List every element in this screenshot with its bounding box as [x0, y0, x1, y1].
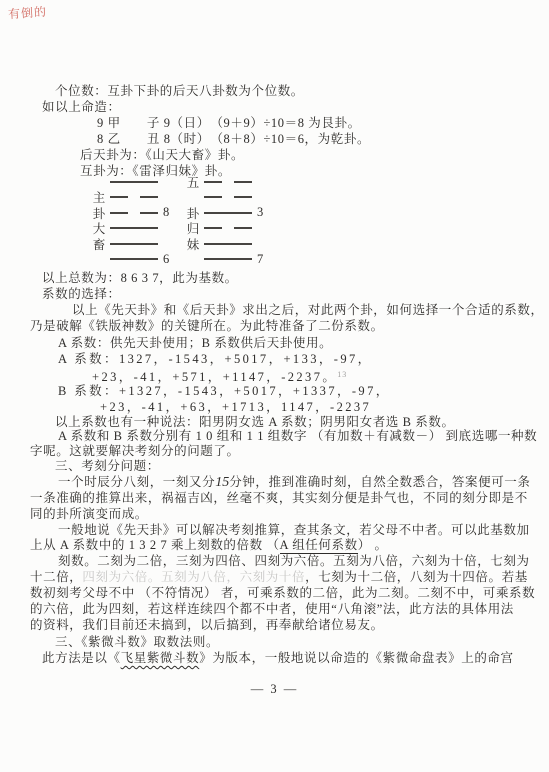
- text-line: 同的卦所演变而成。: [30, 507, 148, 521]
- section-heading: 三、《紫微斗数》取数法则。: [55, 635, 219, 649]
- hexagram-row: 主: [92, 190, 177, 206]
- text-line: 乃是破解《铁版神数》的关键所在。为此特准备了二份系数。: [30, 319, 384, 333]
- text-line: A 系数：供先天卦使用；B 系数供后天卦使用。: [58, 336, 332, 350]
- text-segment: ） 。: [358, 538, 388, 552]
- hexagram-row-number: 3: [257, 205, 271, 220]
- text-segment: 一个时辰分八刻，一刻又分: [58, 475, 215, 489]
- scanned-book-page: 有倒的 个位数：互卦下卦的后天八卦数为个位数。 如以上命造： 9 甲 子 9（日…: [0, 0, 549, 772]
- hexagram-row: 归: [186, 221, 271, 237]
- text-line: 一条准确的推算出来，祸福吉凶，丝毫不爽，其实刻分便是卦气也，不同的刻分即是不: [30, 491, 528, 505]
- hexagram-row-label: 畜: [92, 235, 106, 253]
- coefficient-a-line: A 系数：1327，-1543，+5017，+133，-97，: [58, 352, 373, 366]
- yin-line: [204, 181, 252, 183]
- text-segment: 上从 A 系数中的 1 3 2 7 乘上刻数的倍数 （: [30, 538, 280, 552]
- hexagram-row: 卦3: [186, 205, 271, 221]
- hexagram-row-number: 7: [257, 252, 271, 267]
- hexagram-row-number: 6: [163, 252, 177, 267]
- hexagram-row-label: 五: [186, 173, 200, 191]
- section-heading: 系数的选择：: [42, 287, 121, 301]
- yang-line: [110, 227, 158, 229]
- yang-line: [110, 181, 158, 183]
- hexagram-row: 大: [92, 221, 177, 237]
- yang-line: [110, 243, 158, 245]
- hexagram-row: [92, 174, 177, 190]
- hexagram-hu-guimei: 五卦3归妹7: [186, 174, 271, 267]
- hexagram-row: 五: [186, 174, 271, 190]
- text-line: 刻数。二刻为二倍，三刻为四倍、四刻为六倍。五刻为八倍，六刻为十倍，七刻为: [58, 554, 530, 568]
- section-heading: 三、考刻分问题：: [55, 459, 160, 473]
- text-line: 十二倍，四刻为六倍。五刻为八倍，六刻为十倍，七刻为十二倍，八刻为十四倍。若基: [30, 570, 528, 584]
- hexagram-row: 6: [92, 252, 177, 268]
- text-segment: 十二倍，: [30, 570, 82, 584]
- hexagram-row: 卦8: [92, 205, 177, 221]
- page-number: — 3 —: [0, 682, 549, 697]
- faded-print-segment: 四刻为六倍。五刻为八倍，六刻为十倍: [82, 570, 305, 584]
- yang-line: [204, 212, 252, 214]
- text-line: 一般地说《先天卦》可以解决考刻推算，查其条文，若父母不中者。可以此基数加: [58, 523, 530, 537]
- text-line: 以上《先天卦》和《后天卦》求出之后，对此两个卦，如何选择一个合适的系数，: [72, 303, 544, 317]
- hexagram-row-number: 8: [163, 205, 177, 220]
- wavy-underlined-phrase: 飞星紫微斗数: [121, 651, 200, 665]
- text-line: 一个时辰分八刻，一刻又分15分钟，推到准确时刻，自然全数悉合，答案便可一条: [58, 475, 531, 490]
- yin-line: [110, 196, 158, 198]
- hexagram-main-dachu: 主卦8大畜6: [92, 174, 177, 267]
- text-line: 的六倍，此为四刻，若这样连续四个都不中者，使用“八角滚”法，此方法的具体用法: [30, 602, 514, 616]
- handwritten-15: 15: [215, 475, 229, 490]
- text-line: 个位数：互卦下卦的后天八卦数为个位数。: [55, 84, 304, 98]
- yin-line: [204, 196, 252, 198]
- text-line: 如以上命造：: [42, 100, 121, 114]
- text-segment: 此方法是以《: [42, 651, 121, 665]
- yang-line: [204, 258, 252, 260]
- text-segment: ，七刻为十二倍，八刻为十四倍。若基: [305, 570, 528, 584]
- text-line: 9 甲 子 9（日） （9＋9）÷10＝8 为艮卦。: [97, 116, 361, 130]
- coefficient-b-line: +23，-41，+63，+1713，1147，-2237: [100, 400, 371, 414]
- text-line: 此方法是以《飞星紫微斗数》为版本，一般地说以命造的《紫微命盘表》上的命宫: [42, 651, 514, 665]
- text-segment: 分钟，推到准确时刻，自然全数悉合，答案便可一条: [229, 475, 530, 489]
- yang-line: [110, 258, 158, 260]
- hexagram-row: [186, 190, 271, 206]
- text-line: 的资料，我们目前还未搞到，以后搞到，再奉献给诸位易友。: [30, 618, 384, 632]
- text-line: 字呢。这就要解决考刻分的问题了。: [30, 444, 240, 458]
- coefficient-a-line: +23，-41，+571，+1147，-2237。13: [92, 368, 347, 384]
- red-watermark: 有倒的: [7, 3, 47, 23]
- underlined-phrase: A 组任何系数: [280, 538, 358, 554]
- text-line: 以上总数为：8 6 3 7，此为基数。: [42, 271, 238, 285]
- coefficient-b-line: B 系数：+1327，-1543，+5017，+1337，-97，: [58, 384, 391, 398]
- hexagram-row-label: 妹: [186, 235, 200, 253]
- text-segment: 》为版本，一般地说以命造的《紫微命盘表》上的命宫: [199, 651, 513, 665]
- yin-line: [110, 212, 158, 214]
- text-line: 上从 A 系数中的 1 3 2 7 乘上刻数的倍数 （A 组任何系数） 。: [30, 538, 388, 552]
- yin-line: [204, 227, 252, 229]
- text-line: 以上系数也有一种说法：阳男阴女选 A 系数；阴男阳女者选 B 系数。: [55, 415, 455, 429]
- text-line: 数初刻考父母不中 （不符情况） 者，可乘系数的二倍，此为二刻。二刻不中，可乘系数: [30, 586, 535, 600]
- text-line: 8 乙 丑 8（时） （8＋8）÷10＝6，为乾卦。: [97, 132, 370, 146]
- hexagram-row: 畜: [92, 236, 177, 252]
- faint-superscript: 13: [337, 370, 347, 379]
- hexagram-row: 妹: [186, 236, 271, 252]
- text-line: A 系数和 B 系数分别有 1 0 组和 1 1 组数字 （有加数＋有减数－） …: [58, 429, 537, 443]
- yang-line: [204, 243, 252, 245]
- coefficient-values: +23，-41，+571，+1147，-2237。: [92, 370, 337, 384]
- text-line: 后天卦为：《山天大畜》卦。: [80, 148, 244, 162]
- hexagram-row: 7: [186, 252, 271, 268]
